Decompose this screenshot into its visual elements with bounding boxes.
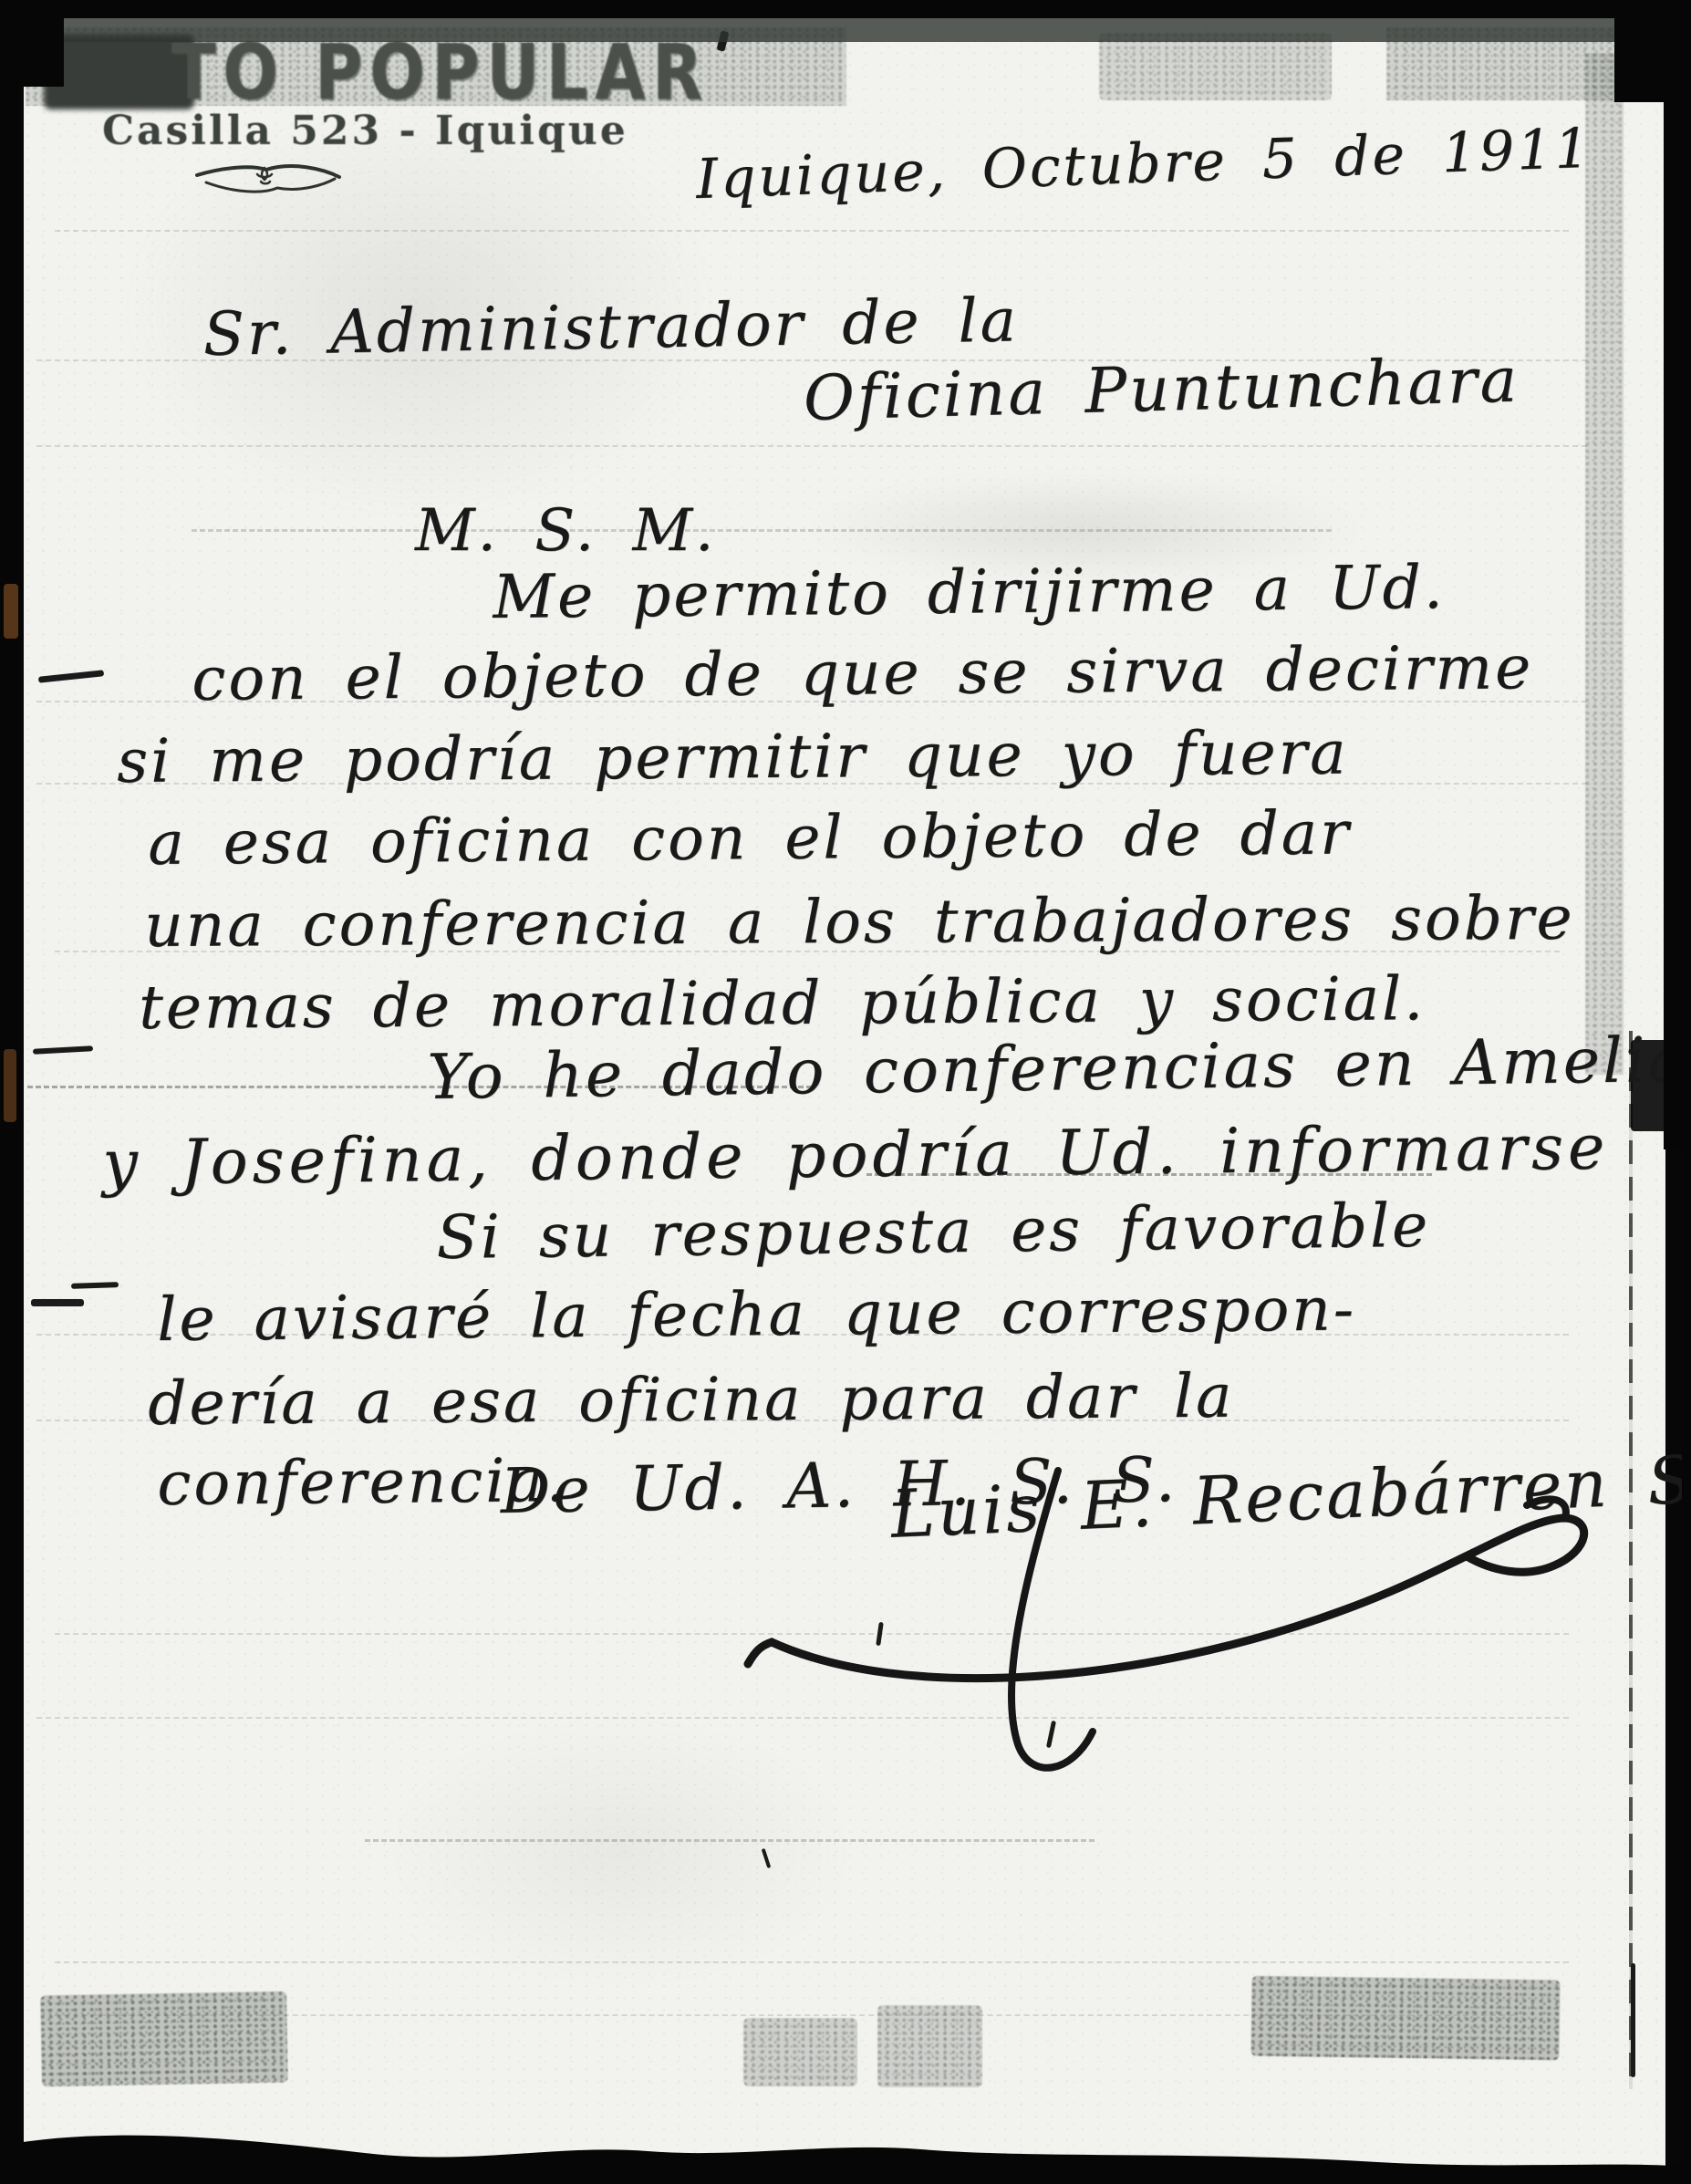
- scan-border-right-upper: [1664, 0, 1691, 1149]
- bottom-tape-right: [1250, 1976, 1560, 2061]
- bottom-tape-left: [40, 1992, 288, 2087]
- binding-rust-mark: [4, 1049, 16, 1122]
- signature-flourish: [0, 0, 1691, 2184]
- scanned-letter-page: TO POPULAR Casilla 523 - Iquique Iquique…: [0, 0, 1691, 2184]
- bottom-right-line: [1631, 1963, 1635, 2077]
- scan-border-right-lower: [1682, 1149, 1691, 2184]
- margin-dash: [31, 1299, 84, 1306]
- scan-border-top-shadow: [0, 18, 1691, 42]
- scan-border-bottom-wave: [0, 2118, 1691, 2184]
- scan-border-top: [0, 0, 1691, 18]
- binding-rust-mark: [4, 584, 18, 639]
- bottom-tape-mid-a: [743, 2018, 857, 2086]
- bottom-tape-mid-b: [877, 2005, 982, 2087]
